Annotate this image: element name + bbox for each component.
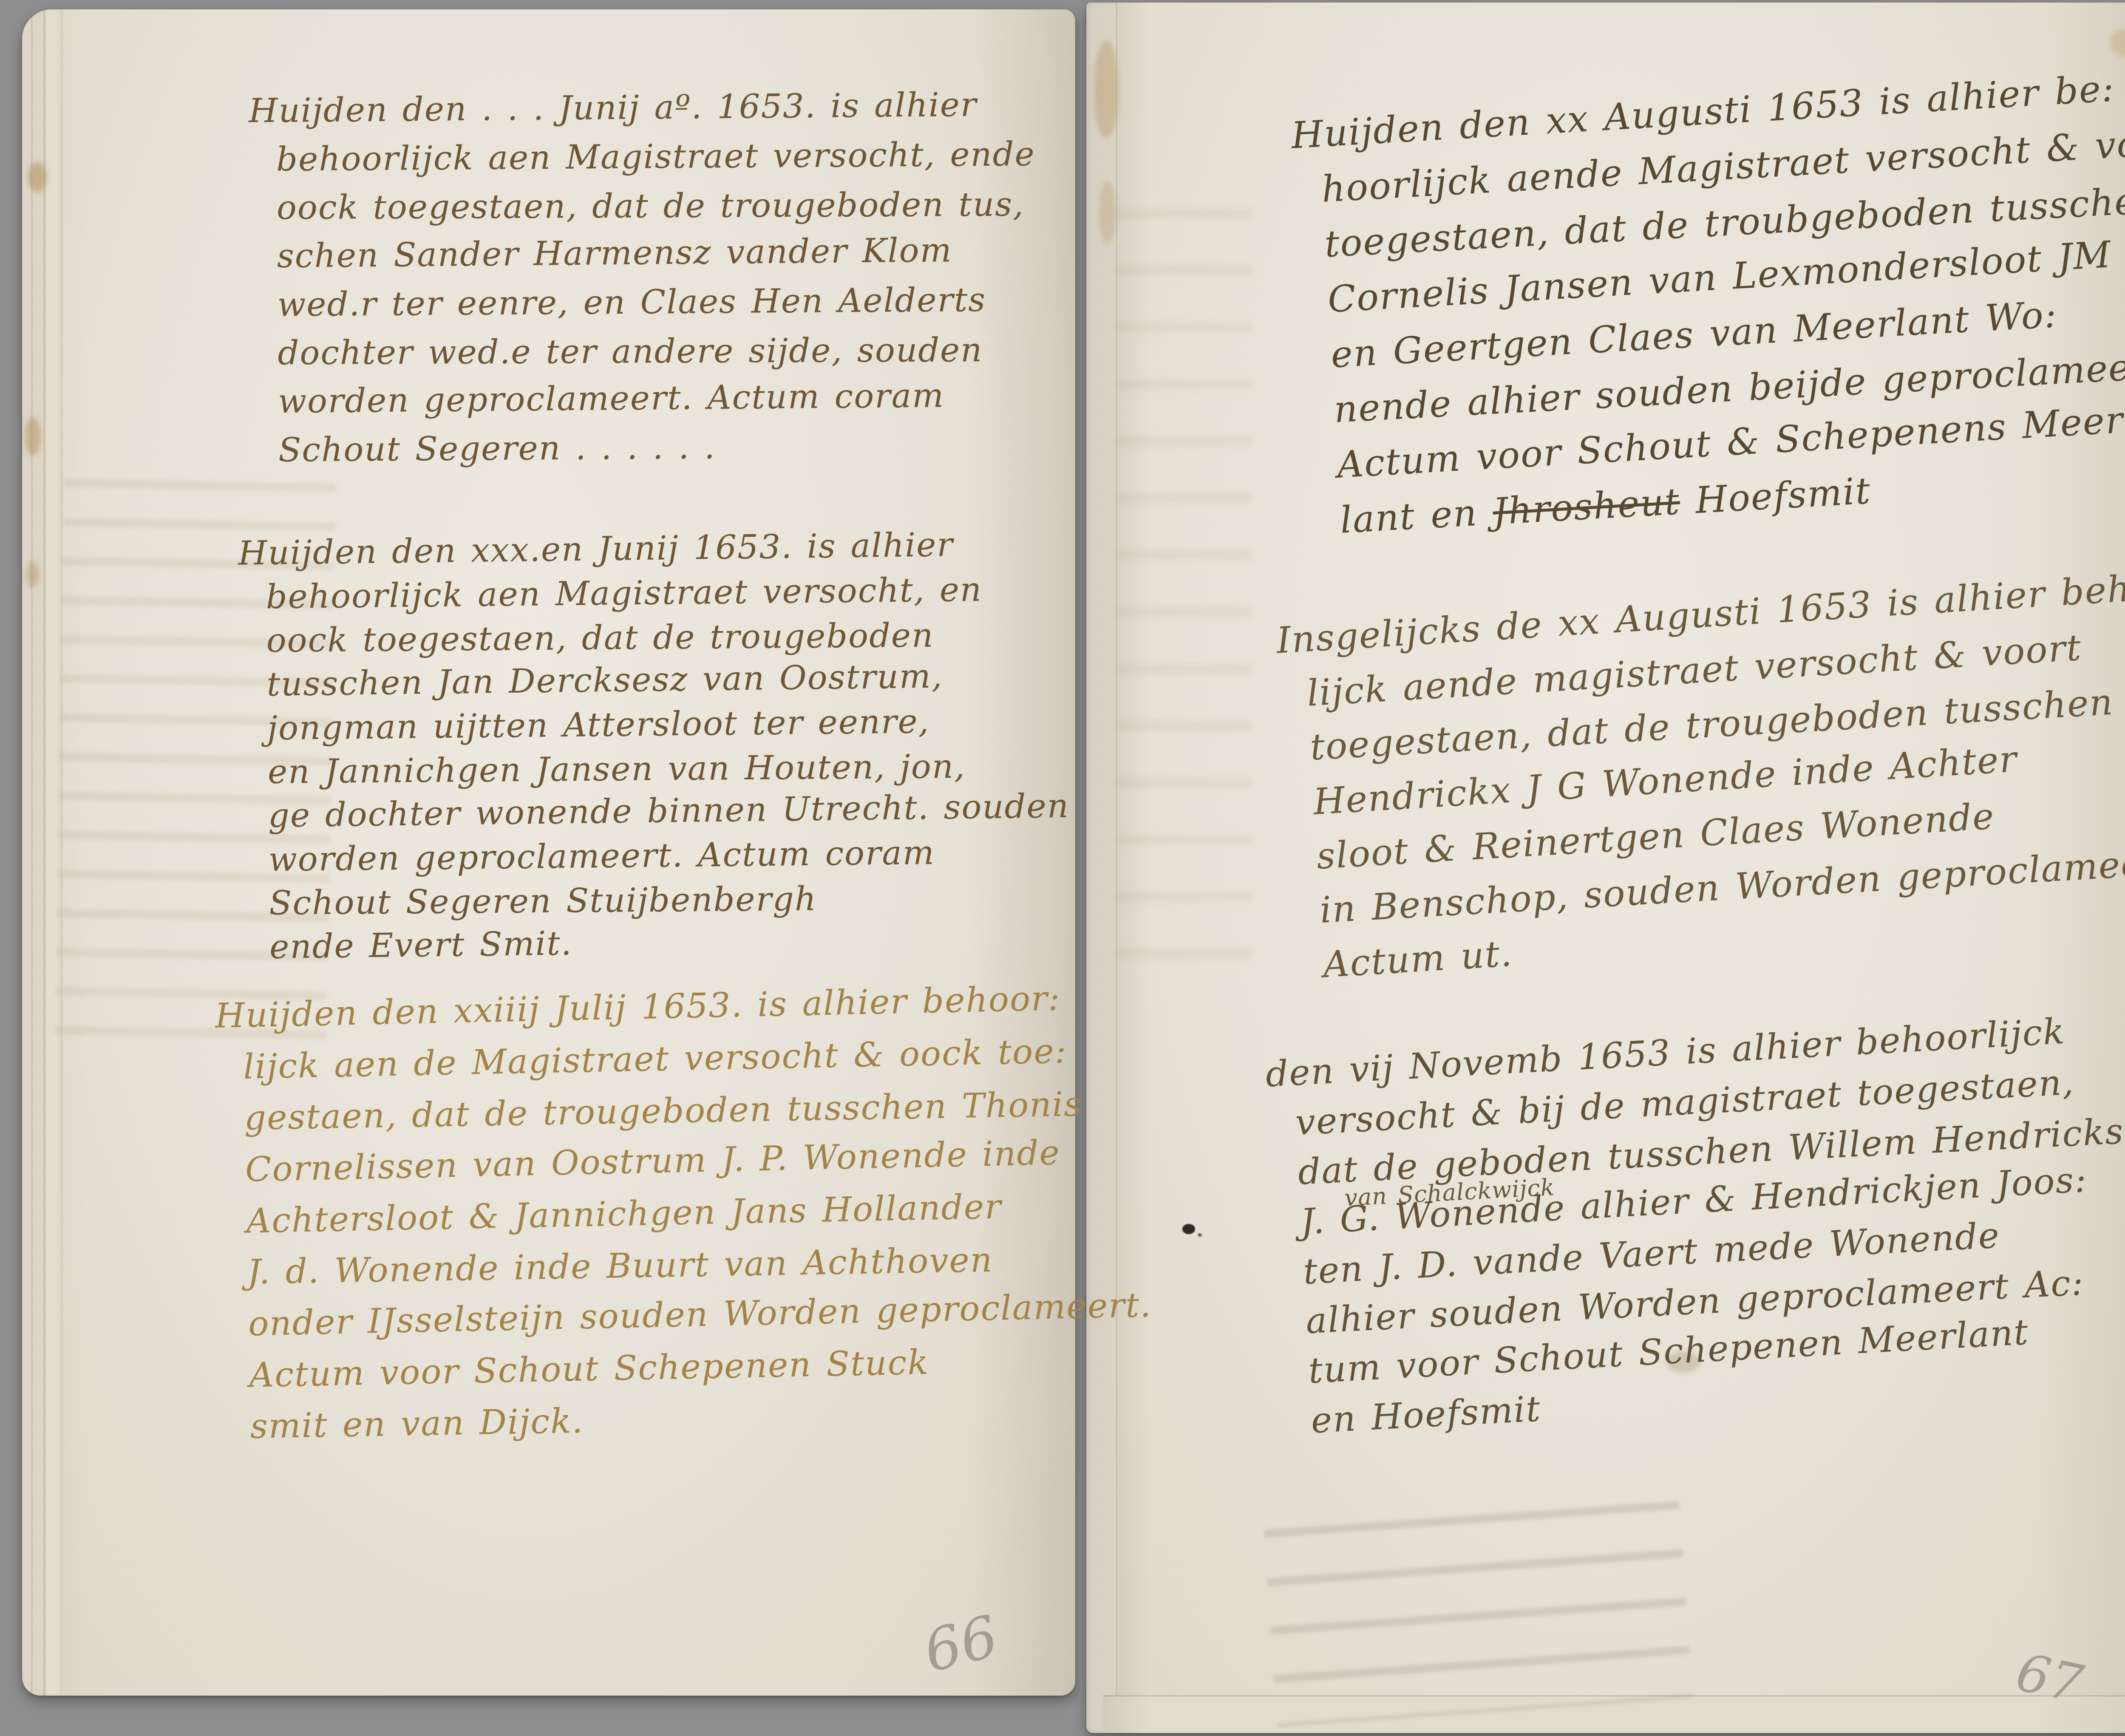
ink-blot [1198, 1233, 1202, 1237]
stain [25, 417, 41, 456]
manuscript-spread: Huijden den . . . Junij aº. 1653. is alh… [0, 0, 2125, 1736]
line-pre: lant en [1339, 491, 1494, 542]
handwritten-line: Huijden den . . . Junij aº. 1653. is alh… [249, 80, 1035, 135]
entry-paragraph: Huijden den xxiiij Julij 1653. is alhier… [215, 972, 1154, 1453]
entry-paragraph: Huijden den xx Augusti 1653 is alhier be… [1290, 58, 2125, 549]
entry-paragraph: van Schalckwijck den vij Novemb 1653 is … [1264, 1005, 2125, 1447]
line-post: Hoefsmit [1679, 470, 1872, 523]
stain [2110, 28, 2125, 58]
entry-paragraph: Insgelijcks de xx Augusti 1653 is alhier… [1275, 557, 2125, 994]
entry-paragraph: Huijden den . . . Junij aº. 1653. is alh… [249, 82, 1037, 475]
handwritten-line: jongman uijtten Attersloot ter eenre, [267, 699, 1068, 751]
handwritten-line: oock toegestaen, dat de trougeboden tus, [277, 180, 1036, 232]
handwritten-line: schen Sander Harmensz vander Klom [277, 226, 1036, 281]
handwritten-line: Schout Segeren . . . . . . [278, 421, 1037, 474]
handwritten-line: behoorlijck aen Magistraet versocht, en [266, 567, 1067, 620]
stain [1094, 41, 1119, 139]
handwritten-line: wed.r ter eenre, en Claes Hen Aelderts [277, 275, 1036, 329]
stain [28, 162, 47, 192]
under-sheet-edge [1103, 1695, 2125, 1733]
handwritten-line: dochter wed.e ter andere sijde, souden [278, 326, 1037, 377]
handwritten-line: ende Evert Smit. [269, 916, 1071, 969]
stain [26, 562, 39, 587]
handwritten-line: ge dochter wonende binnen Utrecht. soude… [268, 784, 1069, 838]
handwritten-line: tusschen Jan Dercksesz van Oostrum, [266, 653, 1068, 707]
ink-blot [1182, 1224, 1195, 1234]
page-edge-stack [22, 9, 63, 1696]
struck-word: Jhrosheut [1492, 480, 1681, 533]
handwritten-line: worden geproclameert. Actum coram [278, 371, 1037, 426]
stain [1099, 181, 1116, 245]
handwritten-line: worden geproclameert. Actum coram [269, 830, 1070, 882]
handwritten-line: behoorlijck aen Magistraet versocht, end… [276, 130, 1035, 184]
gutter-edge-strip [1086, 3, 1117, 1733]
entry-paragraph: Huijden den xxx.en Junij 1653. is alhier… [238, 524, 1071, 970]
